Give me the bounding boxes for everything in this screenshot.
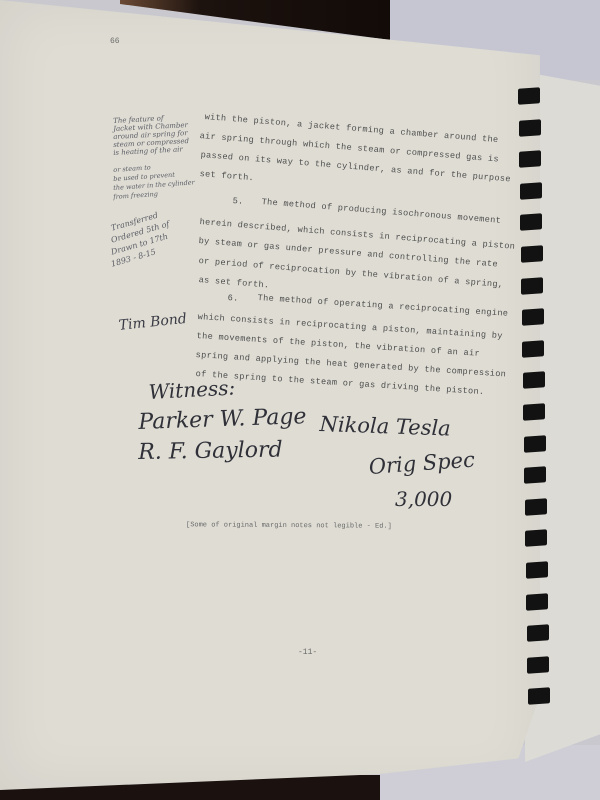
binding-ring xyxy=(519,150,541,168)
binding-ring xyxy=(523,403,545,421)
binding-ring xyxy=(523,372,545,390)
binding-ring xyxy=(521,245,543,263)
orig-spec-label: Orig Spec xyxy=(368,448,476,479)
page-number-top: 66 xyxy=(110,37,120,46)
binding-ring xyxy=(524,435,546,453)
claim-5-number: 5. xyxy=(232,196,244,207)
binding-ring xyxy=(522,340,544,358)
binding-ring xyxy=(520,182,542,200)
binding-ring xyxy=(526,593,548,611)
margin-note-line: from freezing xyxy=(113,190,158,201)
binding-ring xyxy=(526,561,548,579)
binding-ring xyxy=(527,624,549,642)
binding-ring xyxy=(528,688,550,706)
typed-line: The method of operating a reciprocating … xyxy=(257,293,508,319)
witness-signature-2: R. F. Gaylord xyxy=(138,437,283,465)
document-page: 66 The feature ofJacket with Chamberarou… xyxy=(0,0,540,790)
binding-ring xyxy=(522,308,544,326)
binding-ring xyxy=(525,530,547,548)
typed-line: The method of producing isochronous move… xyxy=(261,197,501,226)
page-footer-number: -11- xyxy=(298,648,317,657)
typed-line: set forth. xyxy=(199,169,254,183)
binding-ring xyxy=(524,466,546,484)
claim-6-number: 6. xyxy=(227,293,239,304)
orig-spec-number: 3,000 xyxy=(395,487,452,511)
binding-ring xyxy=(527,656,549,674)
binding-ring xyxy=(525,498,547,516)
binding-ring xyxy=(518,87,540,105)
witness-label: Witness: xyxy=(148,375,236,404)
inventor-signature: Nikola Tesla xyxy=(319,412,451,441)
witness-signature-1: Parker W. Page xyxy=(138,404,307,435)
binding-ring xyxy=(519,119,541,137)
typed-line: as set forth. xyxy=(198,275,270,291)
binding-ring xyxy=(521,277,543,295)
binding-ring xyxy=(520,214,542,232)
margin-initials: Tim Bond xyxy=(118,311,188,334)
editorial-note: [Some of original margin notes not legib… xyxy=(186,521,392,530)
